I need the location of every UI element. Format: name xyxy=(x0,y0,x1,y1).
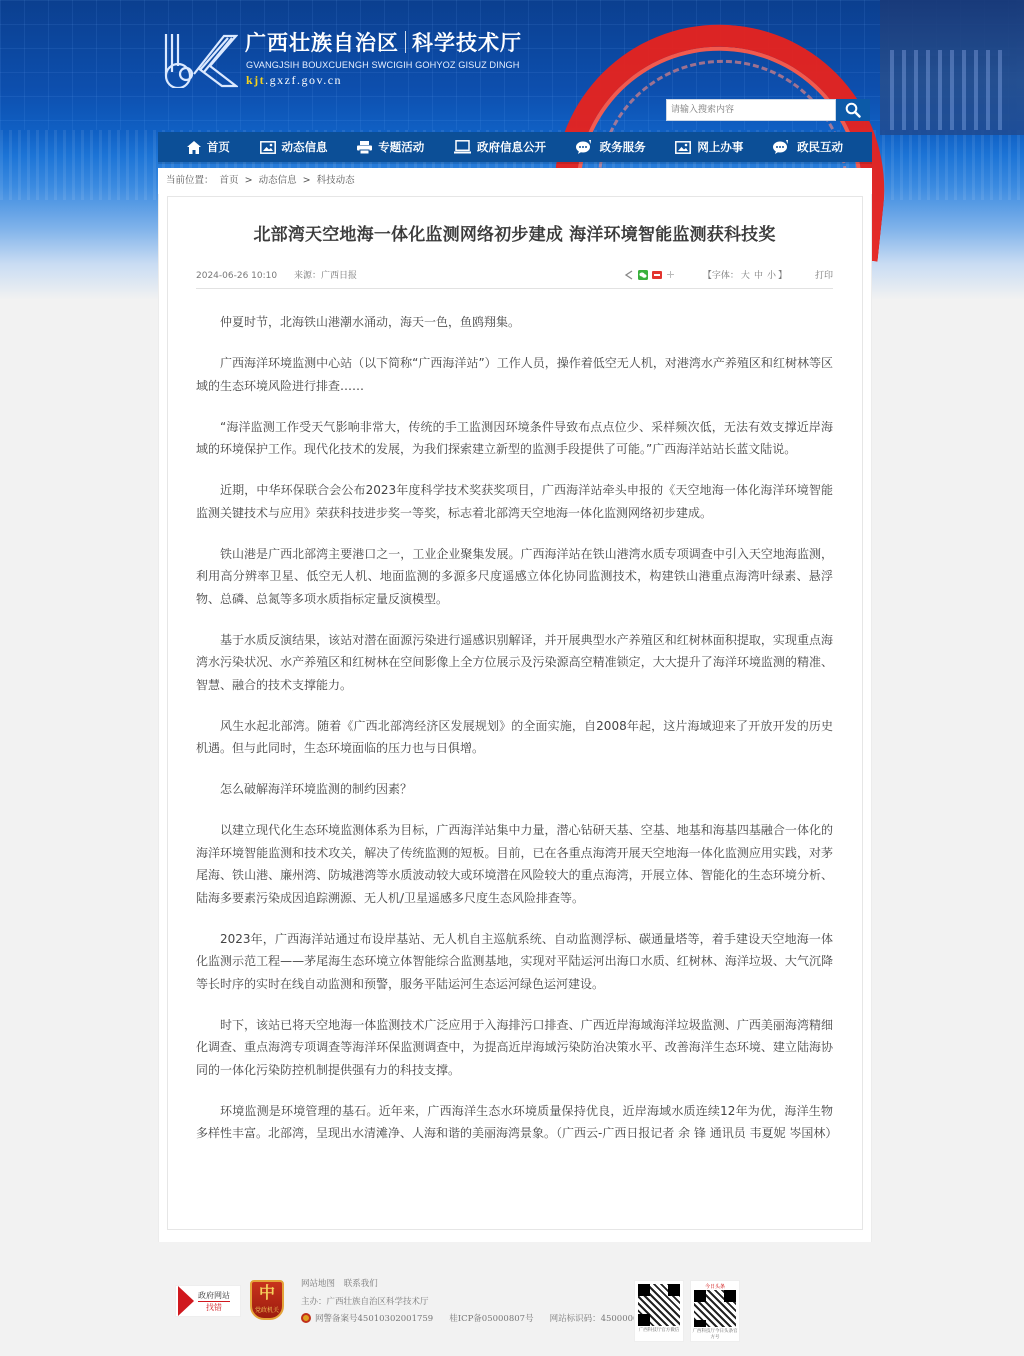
nav-item-label: 政务服务 xyxy=(600,139,646,155)
search-bar xyxy=(666,99,870,121)
error-report-icon xyxy=(178,1286,194,1316)
url-highlight: kjt xyxy=(246,73,265,87)
page-container: 广西壮族自治区科学技术厅 GVANGJSIH BOUXCUENGH SWCIGI… xyxy=(158,0,872,1242)
article-paragraph: 铁山港是广西北部湾主要港口之一，工业企业聚集发展。广西海洋站在铁山港湾水质专项调… xyxy=(196,543,833,611)
sitemap-link[interactable]: 网站地图 xyxy=(301,1279,335,1289)
breadcrumb: 当前位置： 首页 > 动态信息 > 科技动态 xyxy=(158,168,872,194)
footer-records: 网警备案号45010302001759桂ICP备05000807号网站标识码：4… xyxy=(301,1311,671,1329)
nav-item-news[interactable]: 动态信息 xyxy=(260,139,328,155)
police-record[interactable]: 网警备案号45010302001759 xyxy=(315,1314,433,1324)
font-size-small[interactable]: 小 xyxy=(767,271,776,281)
toutiao-qr-code: 今日头条 广西科技厅今日头条官方号 xyxy=(690,1280,740,1342)
site-logo-icon[interactable] xyxy=(162,32,238,88)
qr-code-icon xyxy=(638,1284,680,1326)
qr-caption: 广西科技厅今日头条官方号 xyxy=(691,1329,739,1341)
breadcrumb-separator: > xyxy=(245,175,253,186)
main-nav: 首页 动态信息 专题活动 政府信息公开 政务服务 网上办事 政民互动 xyxy=(158,132,872,162)
content-outer: 北部湾天空地海一体化监测网络初步建成 海洋环境智能监测获科技奖 2024-06-… xyxy=(158,194,872,1242)
error-report-label: 政府网站 找错 xyxy=(198,1290,230,1313)
article-paragraph: 2023年，广西海洋站通过布设岸基站、无人机自主巡航系统、自动监测浮标、碳通量塔… xyxy=(196,928,833,996)
article-paragraph: 基于水质反演结果，该站对潜在面源污染进行遥感识别解译，并开展典型水产养殖区和红树… xyxy=(196,629,833,697)
font-size-control: 【字体：大中小】 xyxy=(703,268,787,281)
error-report-title: 政府网站 xyxy=(198,1291,230,1300)
publish-date: 2024-06-26 10:10 xyxy=(196,271,277,281)
share-toolbar xyxy=(624,270,675,280)
breadcrumb-separator: > xyxy=(303,175,311,186)
chat-bubble-icon xyxy=(773,140,791,154)
site-header: 广西壮族自治区科学技术厅 GVANGJSIH BOUXCUENGH SWCIGI… xyxy=(158,0,872,132)
chat-bubble-icon xyxy=(576,140,594,154)
article-paragraph: 近期，中华环保联合会公布2023年度科学技术奖获奖项目，广西海洋站牵头申报的《天… xyxy=(196,479,833,524)
print-button[interactable]: 打印 xyxy=(815,268,833,281)
site-url: kjt.gxzf.gov.cn xyxy=(246,73,342,88)
font-label-close: 】 xyxy=(778,271,787,281)
footer-info: 网站地图 联系我们 主办：广西壮族自治区科学技术厅 网警备案号450103020… xyxy=(301,1276,671,1329)
footer-host: 主办：广西壮族自治区科学技术厅 xyxy=(301,1294,671,1312)
icp-record[interactable]: 桂ICP备05000807号 xyxy=(449,1314,533,1324)
font-label-open: 【字体： xyxy=(703,271,739,281)
search-icon xyxy=(845,102,861,118)
meta-right: 【字体：大中小】 打印 xyxy=(624,268,833,281)
breadcrumb-prefix: 当前位置： xyxy=(166,175,214,186)
site-footer: 政府网站 找错 中 党政机关 网站地图 联系我们 主办：广西壮族自治区科学技术厅… xyxy=(158,1276,872,1356)
plus-icon[interactable] xyxy=(666,270,675,279)
article-paragraph: 时下，该站已将天空地海一体监测技术广泛应用于入海排污口排查、广西近岸海域海洋垃圾… xyxy=(196,1014,833,1082)
image-icon xyxy=(675,141,691,154)
nav-item-label: 网上办事 xyxy=(697,139,743,155)
nav-item-gov-info[interactable]: 政府信息公开 xyxy=(454,139,546,155)
title-divider xyxy=(405,31,406,53)
article-body: 仲夏时节，北海铁山港潮水涌动，海天一色，鱼鸥翔集。 广西海洋环境监测中心站（以下… xyxy=(196,289,833,1145)
site-title: 广西壮族自治区科学技术厅 xyxy=(245,27,522,57)
image-icon xyxy=(260,141,276,154)
article-paragraph: 风生水起北部湾。随着《广西北部湾经济区发展规划》的全面实施，自2008年起，这片… xyxy=(196,715,833,760)
search-input[interactable] xyxy=(666,99,836,121)
nav-item-services[interactable]: 政务服务 xyxy=(576,139,646,155)
article-paragraph: 广西海洋环境监测中心站（以下简称“广西海洋站”）工作人员，操作着低空无人机，对港… xyxy=(196,352,833,397)
font-size-medium[interactable]: 中 xyxy=(754,271,763,281)
meta-left: 2024-06-26 10:10 来源：广西日报 xyxy=(196,268,371,281)
article-paragraph: 仲夏时节，北海铁山港潮水涌动，海天一色，鱼鸥翔集。 xyxy=(196,311,833,334)
banner-buildings-image xyxy=(880,0,1024,135)
article-container: 北部湾天空地海一体化监测网络初步建成 海洋环境智能监测获科技奖 2024-06-… xyxy=(167,196,863,1230)
contact-link[interactable]: 联系我们 xyxy=(344,1279,378,1289)
breadcrumb-tech-news[interactable]: 科技动态 xyxy=(317,175,355,186)
wechat-qr-code: 广西科技厅官方微信 xyxy=(634,1280,684,1342)
article-source: 来源：广西日报 xyxy=(294,271,357,281)
org-name: 广西壮族自治区 xyxy=(245,30,399,55)
footer-links: 网站地图 联系我们 xyxy=(301,1276,671,1294)
police-badge-icon xyxy=(301,1313,311,1323)
nav-item-topics[interactable]: 专题活动 xyxy=(357,139,424,155)
party-emblem-icon: 中 xyxy=(259,1280,275,1303)
nav-item-label: 专题活动 xyxy=(378,139,424,155)
nav-item-online-office[interactable]: 网上办事 xyxy=(675,139,743,155)
printer-icon xyxy=(357,141,372,154)
error-report-subtitle: 找错 xyxy=(198,1301,230,1313)
nav-item-label: 首页 xyxy=(207,139,230,155)
nav-item-label: 动态信息 xyxy=(282,139,328,155)
share-icon[interactable] xyxy=(624,270,634,280)
weibo-icon[interactable] xyxy=(652,271,662,279)
article-paragraph: “海洋监测工作受天气影响非常大，传统的手工监测因环境条件导致布点点位少、采样频次… xyxy=(196,416,833,461)
article-title: 北部湾天空地海一体化监测网络初步建成 海洋环境智能监测获科技奖 xyxy=(196,223,833,247)
site-subtitle: GVANGJSIH BOUXCUENGH SWCIGIH GOHYOZ GISU… xyxy=(246,60,520,70)
dept-name: 科学技术厅 xyxy=(412,31,522,55)
article-paragraph: 以建立现代化生态环境监测体系为目标，广西海洋站集中力量，潜心钻研天基、空基、地基… xyxy=(196,819,833,909)
article-meta: 2024-06-26 10:10 来源：广西日报 【字体：大中小】 打印 xyxy=(196,267,833,289)
nav-item-label: 政府信息公开 xyxy=(477,139,546,155)
monitor-icon xyxy=(454,140,471,154)
qr-caption: 广西科技厅官方微信 xyxy=(639,1328,680,1334)
breadcrumb-home[interactable]: 首页 xyxy=(220,175,239,186)
article-paragraph: 环境监测是环境管理的基石。近年来，广西海洋生态水环境质量保持优良，近岸海域水质连… xyxy=(196,1100,833,1145)
font-size-large[interactable]: 大 xyxy=(741,271,750,281)
article-paragraph: 怎么破解海洋环境监测的制约因素？ xyxy=(196,778,833,801)
breadcrumb-news[interactable]: 动态信息 xyxy=(259,175,297,186)
nav-item-label: 政民互动 xyxy=(797,139,843,155)
nav-item-home[interactable]: 首页 xyxy=(187,139,230,155)
party-gov-badge[interactable]: 中 党政机关 xyxy=(250,1280,284,1320)
party-badge-label: 党政机关 xyxy=(255,1305,279,1314)
qr-code-icon xyxy=(694,1290,736,1327)
home-icon xyxy=(187,141,201,154)
search-button[interactable] xyxy=(836,99,870,121)
nav-item-interaction[interactable]: 政民互动 xyxy=(773,139,843,155)
url-rest: .gxzf.gov.cn xyxy=(265,73,342,87)
gov-website-error-report-button[interactable]: 政府网站 找错 xyxy=(175,1285,241,1317)
wechat-icon[interactable] xyxy=(638,270,648,280)
